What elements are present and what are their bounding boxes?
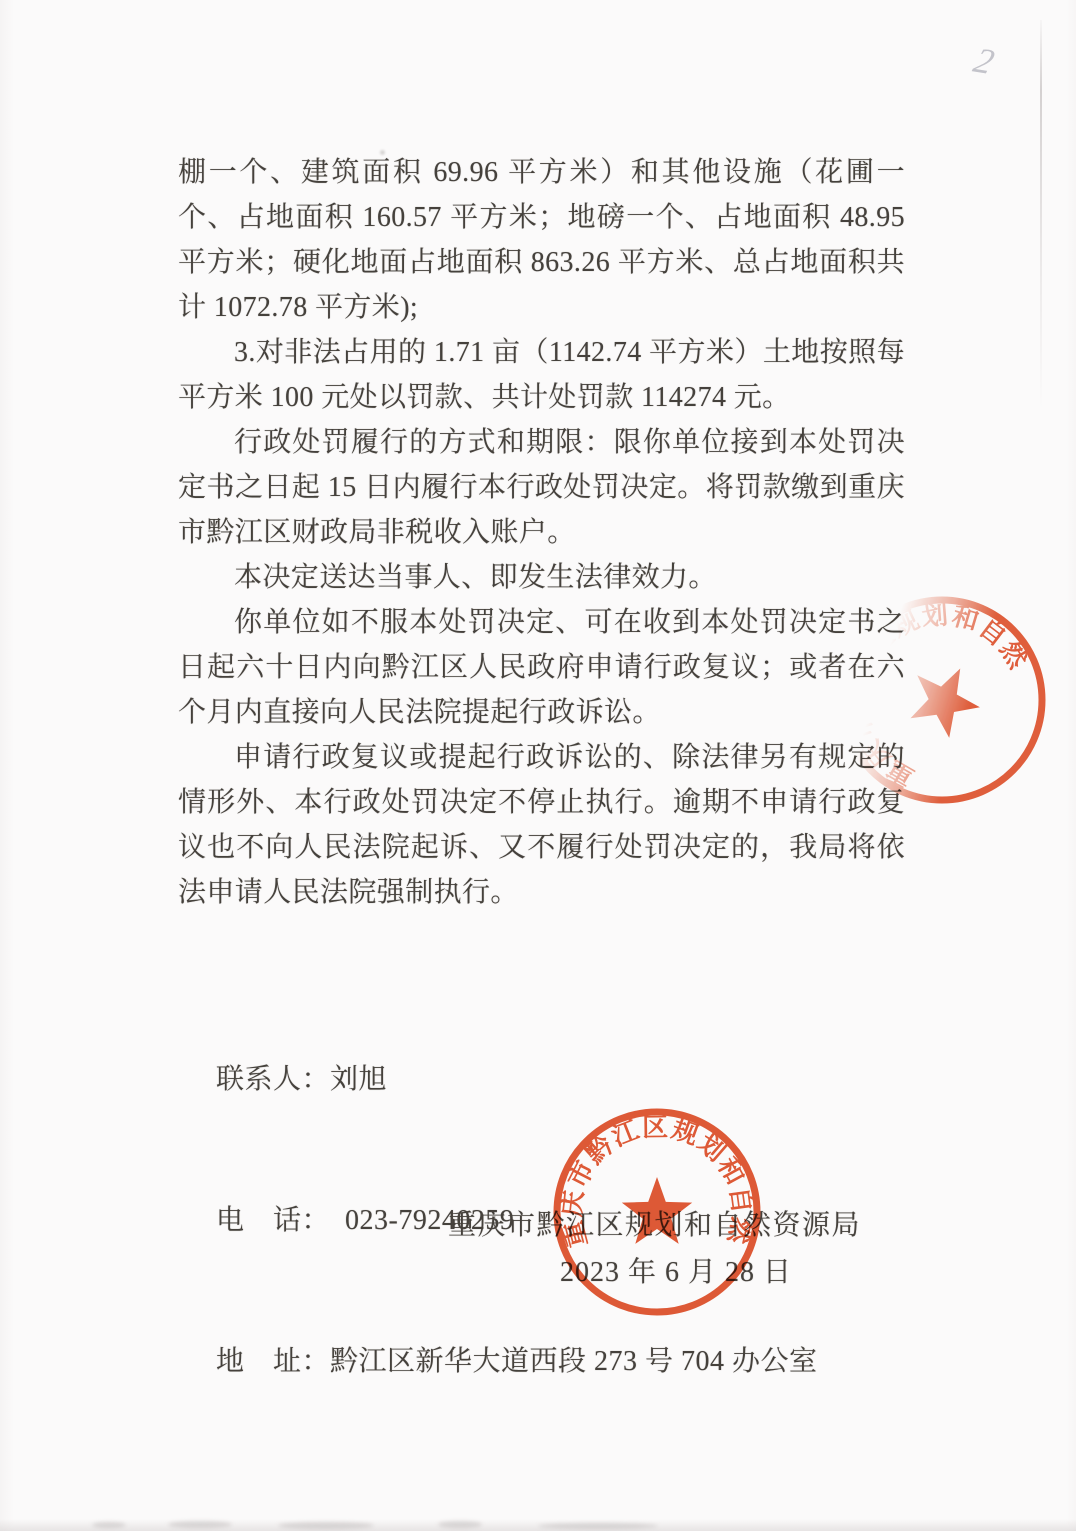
- paragraph-appeal-rights: 你单位如不服本处罚决定、可在收到本处罚决定书之日起六十日内向黔江区人民政府申请行…: [178, 600, 905, 735]
- scan-artifact-fold-line: [1040, 20, 1042, 410]
- contact-person: 联系人：刘旭: [216, 1056, 818, 1103]
- document-body: 棚一个、建筑面积 69.96 平方米）和其他设施（花圃一个、占地面积 160.5…: [178, 150, 905, 915]
- paragraph-continuation: 棚一个、建筑面积 69.96 平方米）和其他设施（花圃一个、占地面积 160.5…: [178, 150, 905, 330]
- scan-artifact-smudge: [92, 1522, 126, 1528]
- signature-date: 2023 年 6 月 28 日: [560, 1250, 792, 1290]
- scan-artifact-smudge: [168, 1521, 232, 1528]
- paragraph-penalty-execution: 行政处罚履行的方式和期限：限你单位接到本处罚决定书之日起 15 日内履行本行政处…: [178, 420, 905, 555]
- seal-star-icon: [892, 650, 989, 747]
- scan-artifact-smudge: [438, 1521, 482, 1528]
- scan-artifact-smudge: [278, 1522, 374, 1529]
- paragraph-enforcement: 申请行政复议或提起行政诉讼的、除法律另有规定的情形外、本行政处罚决定不停止执行。…: [178, 735, 905, 915]
- contact-address: 地 址：黔江区新华大道西段 273 号 704 办公室: [216, 1338, 818, 1385]
- paragraph-penalty-item3: 3.对非法占用的 1.71 亩（1142.74 平方米）土地按照每平方米 100…: [178, 330, 905, 420]
- scanned-document-page: 2 棚一个、建筑面积 69.96 平方米）和其他设施（花圃一个、占地面积 160…: [0, 0, 1076, 1531]
- signature-organization: 重庆市黔江区规划和自然资源局: [448, 1203, 861, 1243]
- scan-artifact-smudge: [538, 1523, 658, 1529]
- page-number: 2: [969, 39, 999, 82]
- paragraph-effective: 本决定送达当事人、即发生法律效力。: [178, 555, 905, 600]
- scan-artifact-speck: [380, 150, 385, 155]
